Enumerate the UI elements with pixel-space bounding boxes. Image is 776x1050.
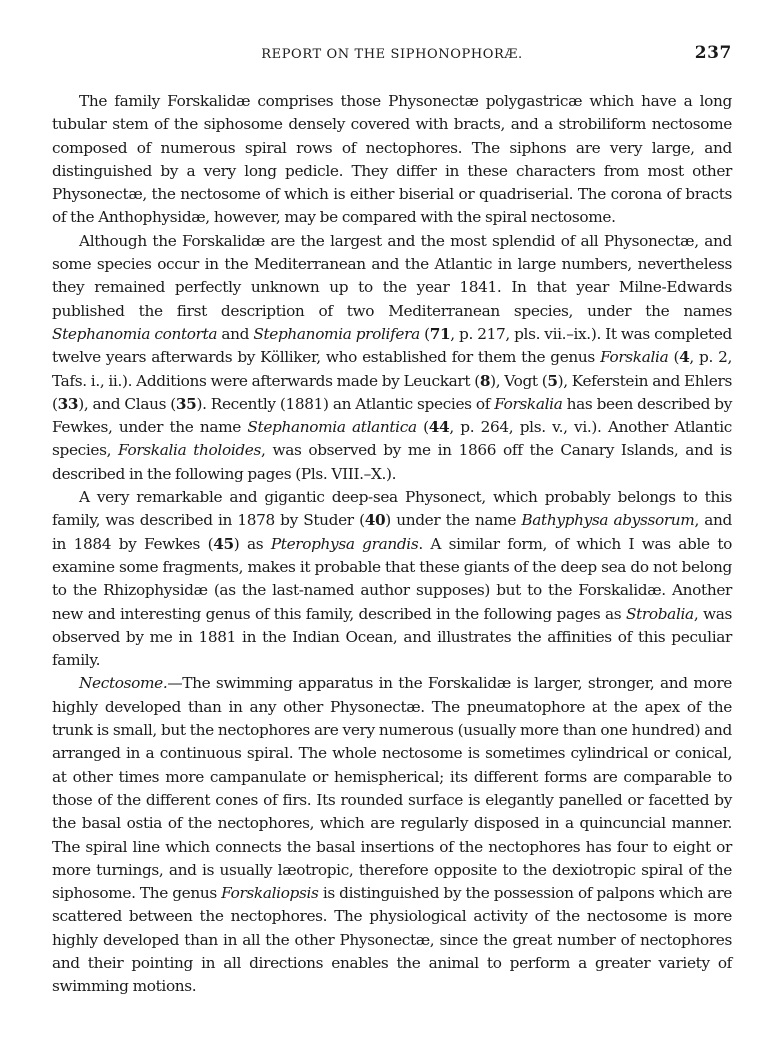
body-text: The family Forskalidæ comprises those Ph…	[52, 90, 732, 999]
bibliography-ref: 5	[547, 372, 557, 390]
text-run: The family Forskalidæ comprises those Ph…	[52, 92, 732, 226]
italic-term: Forskalia	[600, 348, 668, 366]
bibliography-ref: 45	[213, 535, 234, 553]
text-run: ), Vogt (	[490, 372, 547, 390]
italic-term: Forskalia tholoides	[118, 441, 261, 459]
running-header: REPORT ON THE SIPHONOPHORÆ. 237	[52, 40, 732, 70]
text-run: Although the Forskalidæ are the largest …	[52, 232, 732, 320]
italic-term: Forskalia	[494, 395, 562, 413]
italic-term: Forskaliopsis	[221, 884, 318, 902]
italic-term: Strobalia	[626, 605, 694, 623]
text-run: ) as	[234, 535, 271, 553]
text-run: ). Recently (1881) an Atlantic species o…	[196, 395, 494, 413]
text-run: (	[420, 325, 430, 343]
text-run: and	[217, 325, 253, 343]
bibliography-ref: 4	[679, 348, 689, 366]
paragraph-deep-sea-physonect: A very remarkable and gigantic deep-sea …	[52, 486, 732, 672]
bibliography-ref: 40	[365, 511, 386, 529]
bibliography-ref: 35	[176, 395, 197, 413]
bibliography-ref: 33	[58, 395, 79, 413]
bibliography-ref: 71	[430, 325, 451, 343]
page-number: 237	[695, 43, 732, 63]
text-run: ), and Claus (	[78, 395, 176, 413]
text-run: —The swimming apparatus in the Forskalid…	[52, 674, 732, 902]
document-page: REPORT ON THE SIPHONOPHORÆ. 237 The fami…	[52, 40, 732, 999]
paragraph-family-forskalidae: The family Forskalidæ comprises those Ph…	[52, 90, 732, 230]
italic-term: Nectosome.	[79, 674, 167, 692]
italic-term: Stephanomia atlantica	[247, 418, 416, 436]
bibliography-ref: 8	[480, 372, 490, 390]
paragraph-history: Although the Forskalidæ are the largest …	[52, 230, 732, 486]
italic-term: Stephanomia contorta	[52, 325, 217, 343]
paragraph-nectosome: Nectosome.—The swimming apparatus in the…	[52, 672, 732, 998]
running-title: REPORT ON THE SIPHONOPHORÆ.	[52, 47, 732, 62]
italic-term: Stephanomia prolifera	[253, 325, 420, 343]
italic-term: Bathyphysa abyssorum	[521, 511, 694, 529]
text-run: (	[417, 418, 429, 436]
italic-term: Pterophysa grandis	[271, 535, 419, 553]
text-run: (	[668, 348, 679, 366]
text-run: ) under the name	[385, 511, 521, 529]
bibliography-ref: 44	[429, 418, 450, 436]
